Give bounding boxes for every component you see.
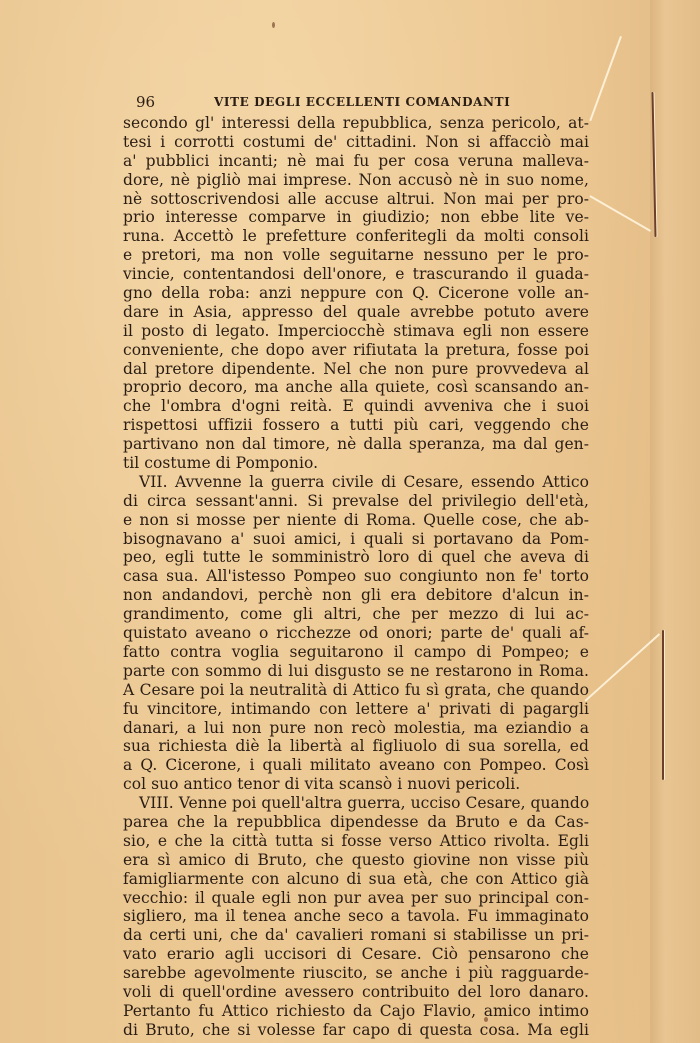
text-line: parea che la repubblica dipendesse da Br… xyxy=(123,813,589,832)
paper-crack xyxy=(590,195,651,231)
paper-crack xyxy=(584,633,659,701)
text-line: rispettosi uffizii fossero a tutti più c… xyxy=(123,416,589,435)
text-line: casa sua. All'istesso Pompeo suo congiun… xyxy=(123,567,589,586)
text-line: di Bruto, che si volesse far capo di que… xyxy=(123,1021,589,1040)
text-line: a' pubblici incanti; nè mai fu per cosa … xyxy=(123,152,589,171)
text-line: di circa sessant'anni. Si prevalse del p… xyxy=(123,492,589,511)
text-line: partivano non dal timore, nè dalla spera… xyxy=(123,435,589,454)
text-line: il posto di legato. Imperciocchè stimava… xyxy=(123,322,589,341)
text-line: e pretori, ma non volle seguitarne nessu… xyxy=(123,246,589,265)
text-line: sua richiesta diè la libertà al figliuol… xyxy=(123,737,589,756)
text-line: runa. Accettò le prefetture conferitegli… xyxy=(123,227,589,246)
text-line: col suo antico tenor di vita scansò i nu… xyxy=(123,775,589,794)
text-line: gno della roba: anzi neppure con Q. Cice… xyxy=(123,284,589,303)
text-line: dore, nè pigliò mai imprese. Non accusò … xyxy=(123,171,589,190)
text-line: fu vincitore, intimando con lettere a' p… xyxy=(123,700,589,719)
text-line: proprio decoro, ma anche alla quiete, co… xyxy=(123,378,589,397)
text-line: era sì amico di Bruto, che questo giovin… xyxy=(123,851,589,870)
page-number: 96 xyxy=(136,92,155,112)
text-line: quistato aveano o ricchezze od onori; pa… xyxy=(123,624,589,643)
text-line: A Cesare poi la neutralità di Attico fu … xyxy=(123,681,589,700)
running-header: 96 VITE DEGLI ECCELLENTI COMANDANTI xyxy=(136,92,591,112)
text-line: vecchio: il quale egli non pur avea per … xyxy=(123,889,589,908)
text-line: e non si mosse per niente di Roma. Quell… xyxy=(123,511,589,530)
text-line: vincie, contentandosi dell'onore, e tras… xyxy=(123,265,589,284)
text-line: grandimento, come gli altri, che per mez… xyxy=(123,605,589,624)
text-line: dare in Asia, appresso del quale avrebbe… xyxy=(123,303,589,322)
text-line: dal pretore dipendente. Nel che non pure… xyxy=(123,360,589,379)
section-start-line: VIII. Venne poi quell'altra guerra, ucci… xyxy=(123,794,589,813)
text-line: conveniente, che dopo aver rifiutata la … xyxy=(123,341,589,360)
text-line: a Q. Cicerone, i quali militato aveano c… xyxy=(123,756,589,775)
text-line: vato erario agli uccisori di Cesare. Ciò… xyxy=(123,945,589,964)
running-title: VITE DEGLI ECCELLENTI COMANDANTI xyxy=(214,92,510,112)
text-line: che l'ombra d'ogni reità. E quindi avven… xyxy=(123,397,589,416)
text-line: sio, e che la città tutta si fosse verso… xyxy=(123,832,589,851)
page-fold-shadow xyxy=(650,0,700,1043)
body-text: secondo gl' interessi della repubblica, … xyxy=(123,114,589,1040)
scanned-book-page: 96 VITE DEGLI ECCELLENTI COMANDANTI seco… xyxy=(0,0,700,1043)
text-line: nè sottoscrivendosi alle accuse altrui. … xyxy=(123,190,589,209)
text-line: sarebbe agevolmente riuscito, se anche i… xyxy=(123,964,589,983)
text-line: danari, a lui non pure non recò molestia… xyxy=(123,719,589,738)
text-line: Pertanto fu Attico richiesto da Cajo Fla… xyxy=(123,1002,589,1021)
text-line: tesi i corrotti costumi de' cittadini. N… xyxy=(123,133,589,152)
text-line: bisognavano a' suoi amici, i quali si po… xyxy=(123,530,589,549)
text-line: prio interesse comparve in giudizio; non… xyxy=(123,208,589,227)
paper-speck xyxy=(272,22,275,28)
text-line: da certi uni, che da' cavalieri romani s… xyxy=(123,926,589,945)
text-line: peo, egli tutte le somministrò loro di q… xyxy=(123,548,589,567)
section-start-line: VII. Avvenne la guerra civile di Cesare,… xyxy=(123,473,589,492)
text-line: famigliarmente con alcuno di sua età, ch… xyxy=(123,870,589,889)
text-line: non andandovi, perchè non gli era debito… xyxy=(123,586,589,605)
text-line: fatto contra voglia seguitarono il campo… xyxy=(123,643,589,662)
text-line: secondo gl' interessi della repubblica, … xyxy=(123,114,589,133)
text-line: voli di quell'ordine avessero contribuit… xyxy=(123,983,589,1002)
text-line: sigliero, ma il tenea anche seco a tavol… xyxy=(123,907,589,926)
paper-crack xyxy=(589,36,621,121)
text-line: parte con sommo di lui disgusto se ne re… xyxy=(123,662,589,681)
paper-crease xyxy=(662,630,664,780)
text-line: til costume di Pomponio. xyxy=(123,454,589,473)
